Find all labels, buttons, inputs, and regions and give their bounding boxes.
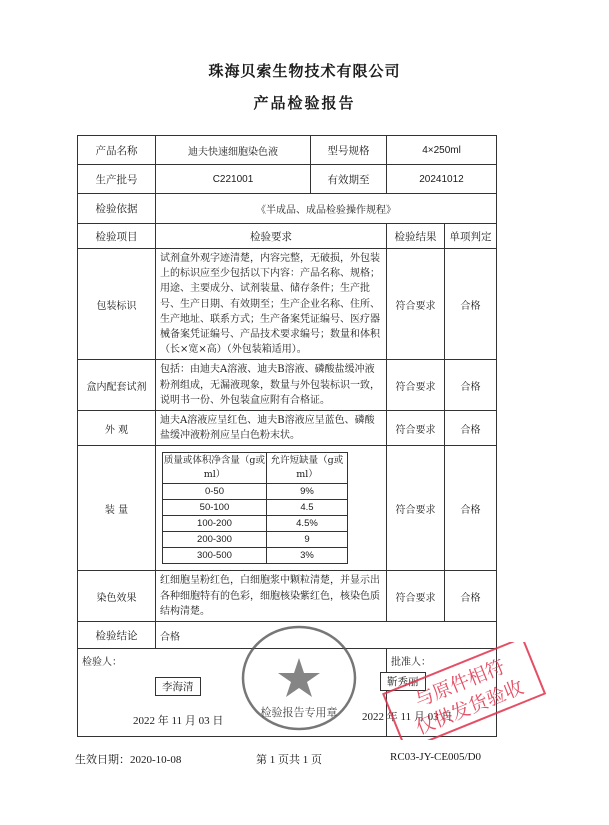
row-result: 符合要求 (387, 360, 445, 411)
row-verdict: 合格 (445, 446, 497, 571)
inspector-date: 2022 年 11 月 03 日 (133, 712, 223, 728)
volume-range: 300-500 (163, 548, 267, 564)
expiry-label: 有效期至 (311, 165, 387, 194)
volume-cell: 质量或体积净含量（g或ml） 允许短缺量（g或ml） 0-509% 50-100… (156, 446, 387, 571)
volume-header-col2: 允许短缺量（g或ml） (266, 453, 347, 484)
col-result: 检验结果 (387, 224, 445, 249)
model-value: 4×250ml (387, 136, 497, 165)
table-row: 外 观 迪夫A溶液应呈红色、迪夫B溶液应呈蓝色、磷酸盐缓冲液粉剂应呈白色粉末状。… (78, 411, 497, 446)
batch-label: 生产批号 (78, 165, 156, 194)
page-number: 第 1 页共 1 页 (256, 751, 322, 767)
batch-row: 生产批号 C221001 有效期至 20241012 (78, 165, 497, 194)
document-code: RC03-JY-CE005/D0 (390, 751, 481, 763)
col-verdict: 单项判定 (445, 224, 497, 249)
basis-label: 检验依据 (78, 194, 156, 224)
company-seal-stamp: 检验报告专用章 (240, 624, 358, 732)
row-requirement: 包括：由迪夫A溶液、迪夫B溶液、磷酸盐缓冲液粉剂组成，无漏液现象，数量与外包装标… (156, 360, 387, 411)
row-verdict: 合格 (445, 249, 497, 360)
table-row: 包装标识 试剂盒外观字迹清楚，内容完整，无破损，外包装上的标识应至少包括以下内容… (78, 249, 497, 360)
inspector-name: 李海清 (155, 677, 201, 696)
row-item: 盒内配套试剂 (78, 360, 156, 411)
volume-range: 50-100 (163, 500, 267, 516)
column-header-row: 检验项目 检验要求 检验结果 单项判定 (78, 224, 497, 249)
row-result: 符合要求 (387, 571, 445, 622)
product-name-value: 迪夫快速细胞染色液 (156, 136, 311, 165)
row-result: 符合要求 (387, 411, 445, 446)
row-item: 外 观 (78, 411, 156, 446)
volume-range: 100-200 (163, 516, 267, 532)
volume-range: 200-300 (163, 532, 267, 548)
volume-allowance: 9 (266, 532, 347, 548)
volume-allowance: 4.5% (266, 516, 347, 532)
seal-bottom-text: 检验报告专用章 (261, 705, 338, 719)
row-item: 包装标识 (78, 249, 156, 360)
basis-value: 《半成品、成品检验操作规程》 (156, 194, 497, 224)
volume-allowance: 3% (266, 548, 347, 564)
row-item: 染色效果 (78, 571, 156, 622)
product-name-row: 产品名称 迪夫快速细胞染色液 型号规格 4×250ml (78, 136, 497, 165)
col-item: 检验项目 (78, 224, 156, 249)
effective-date: 生效日期：2020-10-08 (75, 751, 181, 767)
table-row: 盒内配套试剂 包括：由迪夫A溶液、迪夫B溶液、磷酸盐缓冲液粉剂组成，无漏液现象，… (78, 360, 497, 411)
row-result: 符合要求 (387, 446, 445, 571)
inspector-label: 检验人： (82, 653, 122, 668)
batch-value: C221001 (156, 165, 311, 194)
row-verdict: 合格 (445, 411, 497, 446)
row-requirement: 迪夫A溶液应呈红色、迪夫B溶液应呈蓝色、磷酸盐缓冲液粉剂应呈白色粉末状。 (156, 411, 387, 446)
copy-verified-stamp: 与原件相符 仅供发货验收 (378, 642, 548, 740)
table-row: 染色效果 红细胞呈粉红色，白细胞浆中颗粒清楚，并显示出各种细胞特有的色彩，细胞核… (78, 571, 497, 622)
row-item: 装 量 (78, 446, 156, 571)
row-verdict: 合格 (445, 360, 497, 411)
row-requirement: 红细胞呈粉红色，白细胞浆中颗粒清楚，并显示出各种细胞特有的色彩，细胞核染紫红色，… (156, 571, 387, 622)
conclusion-label: 检验结论 (78, 622, 156, 649)
expiry-value: 20241012 (387, 165, 497, 194)
model-label: 型号规格 (311, 136, 387, 165)
col-requirement: 检验要求 (156, 224, 387, 249)
volume-allowance: 9% (266, 484, 347, 500)
product-name-label: 产品名称 (78, 136, 156, 165)
volume-table: 质量或体积净含量（g或ml） 允许短缺量（g或ml） 0-509% 50-100… (162, 452, 348, 564)
row-verdict: 合格 (445, 571, 497, 622)
company-name: 珠海贝索生物技术有限公司 (0, 60, 609, 81)
basis-row: 检验依据 《半成品、成品检验操作规程》 (78, 194, 497, 224)
volume-header-col1: 质量或体积净含量（g或ml） (163, 453, 267, 484)
table-row: 装 量 质量或体积净含量（g或ml） 允许短缺量（g或ml） 0-509% 50… (78, 446, 497, 571)
report-title: 产品检验报告 (0, 92, 609, 113)
volume-allowance: 4.5 (266, 500, 347, 516)
row-result: 符合要求 (387, 249, 445, 360)
volume-range: 0-50 (163, 484, 267, 500)
row-requirement: 试剂盒外观字迹清楚，内容完整，无破损，外包装上的标识应至少包括以下内容：产品名称… (156, 249, 387, 360)
